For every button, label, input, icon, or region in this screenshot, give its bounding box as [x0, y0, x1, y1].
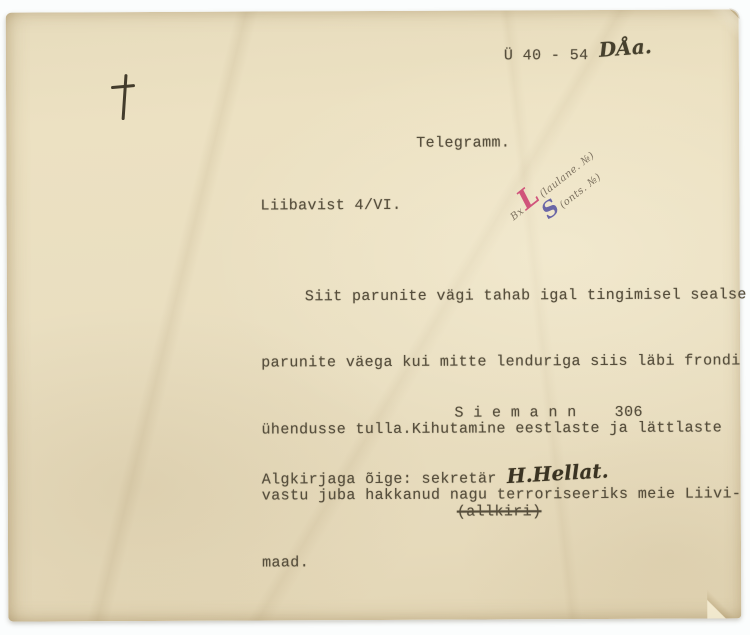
reference-line: Ü 40 - 54DÅa. — [504, 40, 652, 65]
paper-sheet: Ü 40 - 54DÅa. Telegramm. BxL(laulane. №)… — [6, 9, 742, 621]
body-line: Siit parunite vägi tahab igal tingimisel… — [261, 286, 739, 320]
reference-initials-handwriting: DÅa. — [598, 34, 652, 62]
scanned-telegram-document: Ü 40 - 54DÅa. Telegramm. BxL(laulane. №)… — [0, 0, 750, 635]
certification-line: Algkirjaga õige: sekretärH.Hellat. — [262, 463, 609, 489]
certification-text: Algkirjaga õige: sekretär — [262, 470, 497, 488]
paper-fold-top-right — [694, 8, 740, 48]
cross-mark-icon — [108, 74, 138, 124]
cross-vertical-stroke — [122, 74, 128, 120]
secretary-signature: H.Hellat. — [506, 458, 609, 488]
body-line: parunite väega kui mitte lenduriga siis … — [261, 353, 739, 387]
sender-name: S i e m a n n — [454, 404, 576, 422]
reference-number: Ü 40 - 54 — [504, 47, 589, 64]
telegram-body: Siit parunite vägi tahab igal tingimisel… — [261, 252, 741, 620]
struck-signature-label: (allkiri) — [457, 503, 542, 520]
body-line: ühendusse tulla.Kihutamine eestlaste ja … — [261, 419, 739, 453]
archival-annotation: BxL(laulane. №) S(onts. №) — [503, 142, 614, 243]
sender-line: S i e m a n n306 — [454, 404, 643, 422]
dateline: Liibavist 4/VI. — [260, 197, 401, 215]
sender-number: 306 — [615, 404, 643, 421]
document-title: Telegramm. — [416, 134, 510, 151]
body-line: maad. — [262, 552, 740, 586]
